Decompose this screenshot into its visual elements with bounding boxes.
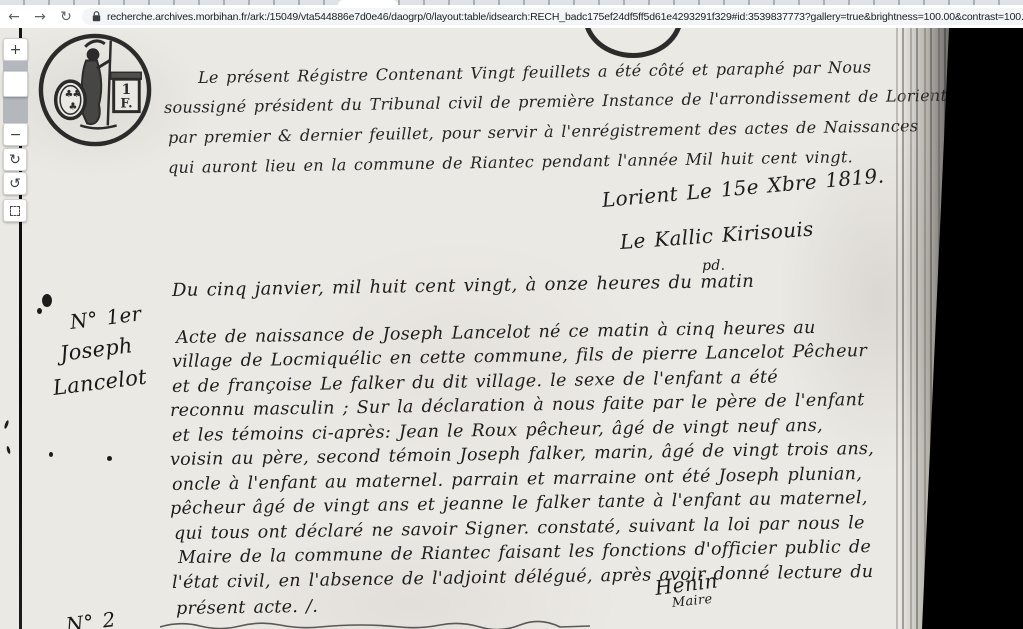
ink-blot: [49, 452, 53, 457]
margin-act-number: N° 1er: [69, 301, 143, 334]
rotate-counterclockwise-button[interactable]: ↺: [3, 172, 27, 195]
dateline: Lorient Le 15e Xbre 1819.: [601, 163, 885, 212]
act-line: présent acte. /.: [176, 597, 318, 619]
margin-firstname: Joseph: [59, 333, 134, 366]
partial-stamp-top: [583, 28, 683, 58]
partial-next-act-line: [160, 620, 590, 629]
revenue-stamp: ♣ ♣ ♣ 1 F.: [36, 31, 154, 149]
helmet-crest: [85, 41, 105, 47]
reload-button[interactable]: ↻: [56, 7, 76, 27]
ink-blot: [4, 420, 10, 429]
ink-blot: [6, 446, 11, 455]
register-header-line: par premier & dernier feuillet, pour ser…: [168, 116, 919, 147]
forward-button[interactable]: →: [30, 7, 50, 27]
select-region-button[interactable]: [3, 199, 27, 222]
mayor-signature-title: Maire: [671, 592, 713, 611]
register-header-line: Le présent Régistre Contenant Vingt feui…: [198, 57, 872, 87]
svg-text:♣: ♣: [72, 89, 81, 100]
lock-icon[interactable]: [92, 11, 101, 22]
document-scan[interactable]: ♣ ♣ ♣ 1 F. Le présent Régistre Contenant…: [0, 28, 1023, 629]
next-act-margin-number: N° 2: [65, 607, 117, 629]
margin-lastname: Lancelot: [52, 365, 149, 400]
register-header-line: soussigné président du Tribunal civil de…: [164, 86, 948, 117]
browser-toolbar: ← → ↻ recherche.archives.morbihan.fr/ark…: [0, 5, 1023, 28]
ink-blot: [42, 294, 52, 307]
zoom-slider-handle[interactable]: [3, 71, 28, 97]
zoom-out-button[interactable]: −: [3, 123, 28, 146]
act-line: l'état civil, en l'absence de l'adjoint …: [172, 562, 874, 593]
browser-window: ← → ↻ recherche.archives.morbihan.fr/ark…: [0, 0, 1023, 629]
url-bar[interactable]: recherche.archives.morbihan.fr/ark:/1504…: [82, 8, 1023, 25]
ink-blot: [107, 456, 112, 461]
spear: [108, 41, 111, 126]
court-signature: Le Kallic Kirisouis: [619, 217, 814, 254]
ink-blot: [37, 308, 42, 314]
selection-square-icon: [10, 206, 20, 216]
register-header-line: qui auront lieu en la commune de Riantec…: [168, 147, 853, 177]
stamp-value-1: 1: [122, 82, 132, 98]
rotate-clockwise-button[interactable]: ↻: [3, 148, 27, 171]
act-opening-line: Du cinq janvier, mil huit cent vingt, à …: [172, 271, 754, 301]
zoom-in-button[interactable]: +: [3, 38, 28, 61]
svg-text:♣: ♣: [68, 102, 77, 113]
back-button[interactable]: ←: [4, 7, 24, 27]
stamp-value-f: F.: [120, 97, 132, 112]
url-text: recherche.archives.morbihan.fr/ark:/1504…: [107, 11, 1023, 23]
